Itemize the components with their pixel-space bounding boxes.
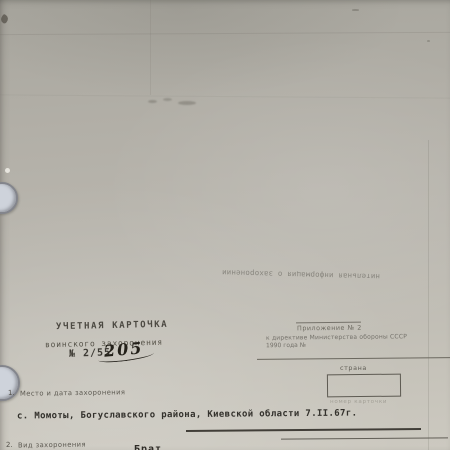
ink-speck	[427, 40, 430, 42]
card-number-label: номер карточки	[330, 399, 387, 405]
vertical-crease-right	[428, 140, 429, 450]
field1-number: 1.	[8, 389, 15, 397]
ink-speck	[352, 9, 359, 11]
faint-fold-line	[0, 94, 450, 98]
field1-value: с. Момоты, Богуславского района, Киевско…	[17, 409, 357, 422]
annex-title: Приложение № 2	[297, 324, 362, 333]
bleedthrough-reverse-text: нительная информация о захоронении	[205, 268, 380, 282]
field2-value-fragment: Брат	[134, 444, 162, 450]
punch-hole-top	[0, 182, 18, 214]
stain-smudge	[148, 100, 157, 103]
paper-fleck	[5, 168, 10, 173]
ink-speck	[0, 14, 10, 25]
stain-smudge	[178, 101, 196, 105]
field1-underline	[186, 428, 421, 432]
field1-label: Место и дата захоронения	[20, 388, 126, 397]
vertical-crease-top	[150, 0, 151, 95]
annex-year-line: 1990 года №	[266, 342, 306, 349]
horizontal-crease	[0, 32, 450, 35]
card-title: УЧЕТНАЯ КАРТОЧКА	[56, 320, 168, 332]
stain-smudge	[163, 98, 172, 101]
field2-label: Вид захоронения	[18, 441, 86, 450]
field2-number: 2.	[6, 441, 13, 449]
separator-rule	[257, 357, 450, 360]
country-box	[327, 374, 401, 398]
annex-directive-line: к директиве Министерства обороны СССР	[266, 333, 407, 341]
field1-second-rule	[281, 437, 448, 439]
country-label: страна	[340, 364, 367, 372]
scanned-burial-registration-card: нительная информация о захоронении УЧЕТН…	[0, 0, 450, 450]
